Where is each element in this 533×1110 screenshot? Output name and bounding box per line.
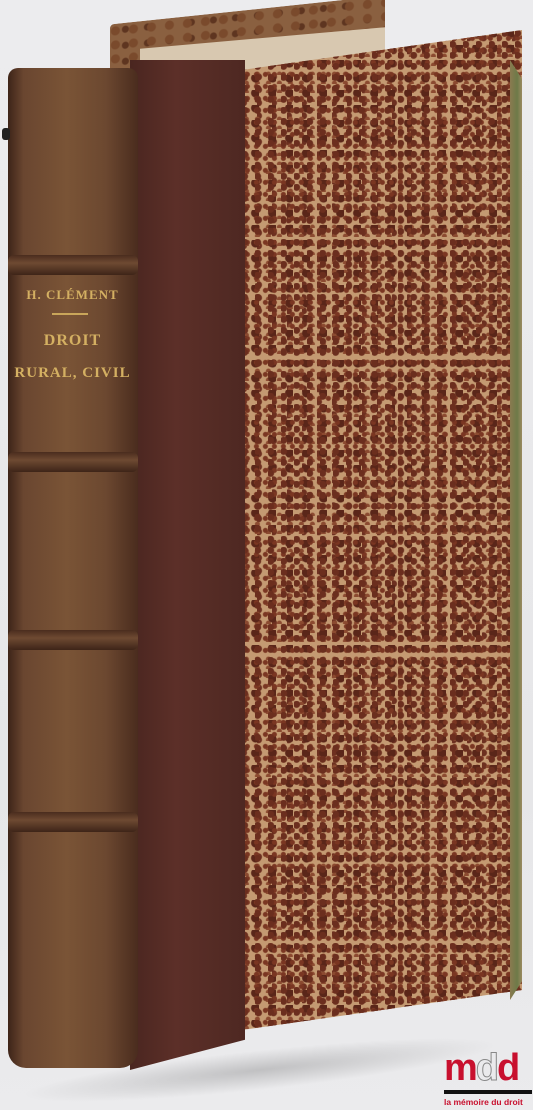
logo-letter-d: d — [497, 1050, 518, 1086]
logo-tagline: la mémoire du droit — [444, 1097, 532, 1107]
spine-raised-band — [8, 812, 138, 832]
leather-band — [130, 60, 245, 1070]
spine-raised-band — [8, 452, 138, 472]
logo-underline — [444, 1090, 532, 1094]
spine-gilt-rule — [52, 313, 88, 315]
spine-raised-band — [8, 630, 138, 650]
book-spine — [8, 68, 138, 1068]
spine-author: H. CLÉMENT — [10, 287, 135, 303]
mdd-watermark-logo: m d d la mémoire du droit — [444, 1050, 532, 1107]
spine-nail-mark — [2, 128, 10, 140]
mdd-logo-mark: m d d — [444, 1050, 532, 1086]
logo-letter-d-outline: d — [476, 1050, 497, 1086]
cover-fore-edge — [510, 60, 522, 1000]
spine-title-line-1: DROIT — [10, 332, 135, 350]
spine-title-line-2: RURAL, CIVIL — [10, 365, 135, 382]
product-photo: H. CLÉMENT DROIT RURAL, CIVIL m d d la m… — [0, 0, 533, 1110]
spine-raised-band — [8, 255, 138, 275]
logo-letter-m: m — [444, 1050, 476, 1086]
marbled-front-cover — [242, 30, 522, 1030]
